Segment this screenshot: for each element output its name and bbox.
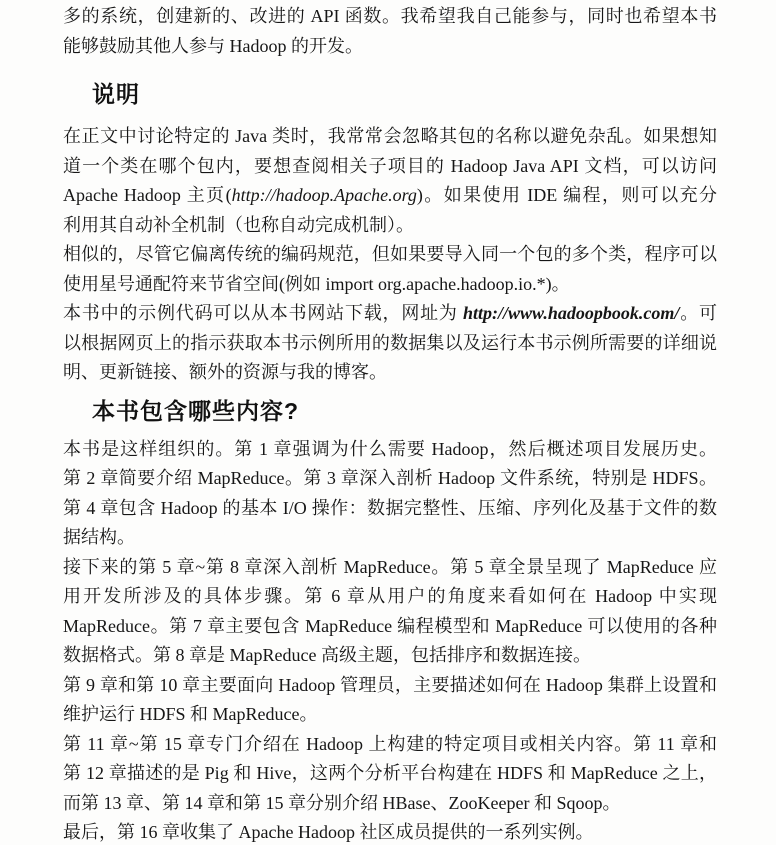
text-segment: 。可 — [679, 303, 717, 323]
paragraph-notes-1: 在正文中讨论特定的 Java 类时，我常常会忽略其包的名称以避免杂乱。如果想知 … — [63, 122, 717, 240]
paragraph-chapter-16: 最后，第 16 章收集了 Apache Hadoop 社区成员提供的一系列实例。 — [63, 818, 717, 845]
text-line: 第 9 章和第 10 章主要面向 Hadoop 管理员，主要描述如何在 Hado… — [63, 671, 717, 701]
text-line: 本书中的示例代码可以从本书网站下载，网址为 http://www.hadoopb… — [63, 299, 717, 329]
paragraph-chapters-5-8: 接下来的第 5 章~第 8 章深入剖析 MapReduce。第 5 章全景呈现了… — [63, 553, 717, 671]
text-line: 数据格式。第 8 章是 MapReduce 高级主题，包括排序和数据连接。 — [63, 641, 717, 671]
text-line: 第 2 章简要介绍 MapReduce。第 3 章深入剖析 Hadoop 文件系… — [63, 464, 717, 494]
text-segment: 本书中的示例代码可以从本书网站下载，网址为 — [63, 303, 463, 323]
text-line: 道一个类在哪个包内，要想查阅相关子项目的 Hadoop Java API 文档，… — [63, 152, 717, 182]
url-hadoop-apache-org: http://hadoop.Apache.org — [232, 185, 417, 205]
section-heading-contents: 本书包含哪些内容? — [92, 396, 717, 426]
text-line: 而第 13 章、第 14 章和第 15 章分别介绍 HBase、ZooKeepe… — [63, 789, 717, 819]
text-line: 利用其自动补全机制（也称自动完成机制）。 — [63, 211, 717, 241]
text-line: 接下来的第 5 章~第 8 章深入剖析 MapReduce。第 5 章全景呈现了… — [63, 553, 717, 583]
section-heading-notes: 说明 — [92, 79, 717, 109]
text-line: 最后，第 16 章收集了 Apache Hadoop 社区成员提供的一系列实例。 — [63, 818, 717, 845]
text-line: 能够鼓励其他人参与 Hadoop 的开发。 — [63, 32, 717, 62]
text-line: 用开发所涉及的具体步骤。第 6 章从用户的角度来看如何在 Hadoop 中实现 — [63, 582, 717, 612]
text-line: 使用星号通配符来节省空间(例如 import org.apache.hadoop… — [63, 270, 717, 300]
paragraph-chapters-11-15: 第 11 章~第 15 章专门介绍在 Hadoop 上构建的特定项目或相关内容。… — [63, 730, 717, 819]
text-line: 维护运行 HDFS 和 MapReduce。 — [63, 700, 717, 730]
text-line: 在正文中讨论特定的 Java 类时，我常常会忽略其包的名称以避免杂乱。如果想知 — [63, 122, 717, 152]
book-page: 多的系统，创建新的、改进的 API 函数。我希望我自己能参与，同时也希望本书 能… — [0, 0, 776, 845]
paragraph-notes-3: 本书中的示例代码可以从本书网站下载，网址为 http://www.hadoopb… — [63, 299, 717, 388]
text-line: 明、更新链接、额外的资源与我的博客。 — [63, 358, 717, 388]
url-hadoopbook-com: http://www.hadoopbook.com/ — [463, 303, 679, 323]
paragraph-chapters-9-10: 第 9 章和第 10 章主要面向 Hadoop 管理员，主要描述如何在 Hado… — [63, 671, 717, 730]
text-line: MapReduce。第 7 章主要包含 MapReduce 编程模型和 MapR… — [63, 612, 717, 642]
paragraph-continued-from-previous-page: 多的系统，创建新的、改进的 API 函数。我希望我自己能参与，同时也希望本书 能… — [63, 2, 717, 61]
text-line: 多的系统，创建新的、改进的 API 函数。我希望我自己能参与，同时也希望本书 — [63, 2, 717, 32]
text-line: 据结构。 — [63, 523, 717, 553]
text-line: Apache Hadoop 主页(http://hadoop.Apache.or… — [63, 181, 717, 211]
text-line: 第 4 章包含 Hadoop 的基本 I/O 操作：数据完整性、压缩、序列化及基… — [63, 494, 717, 524]
text-line: 本书是这样组织的。第 1 章强调为什么需要 Hadoop，然后概述项目发展历史。 — [63, 435, 717, 465]
text-line: 相似的，尽管它偏离传统的编码规范，但如果要导入同一个包的多个类，程序可以 — [63, 240, 717, 270]
text-line: 第 11 章~第 15 章专门介绍在 Hadoop 上构建的特定项目或相关内容。… — [63, 730, 717, 760]
text-segment: Apache Hadoop 主页( — [63, 185, 232, 205]
text-line: 第 12 章描述的是 Pig 和 Hive，这两个分析平台构建在 HDFS 和 … — [63, 759, 717, 789]
text-line: 以根据网页上的指示获取本书示例所用的数据集以及运行本书示例所需要的详细说 — [63, 329, 717, 359]
paragraph-notes-2: 相似的，尽管它偏离传统的编码规范，但如果要导入同一个包的多个类，程序可以 使用星… — [63, 240, 717, 299]
text-segment: )。如果使用 IDE 编程，则可以充分 — [417, 185, 717, 205]
paragraph-organization: 本书是这样组织的。第 1 章强调为什么需要 Hadoop，然后概述项目发展历史。… — [63, 435, 717, 553]
